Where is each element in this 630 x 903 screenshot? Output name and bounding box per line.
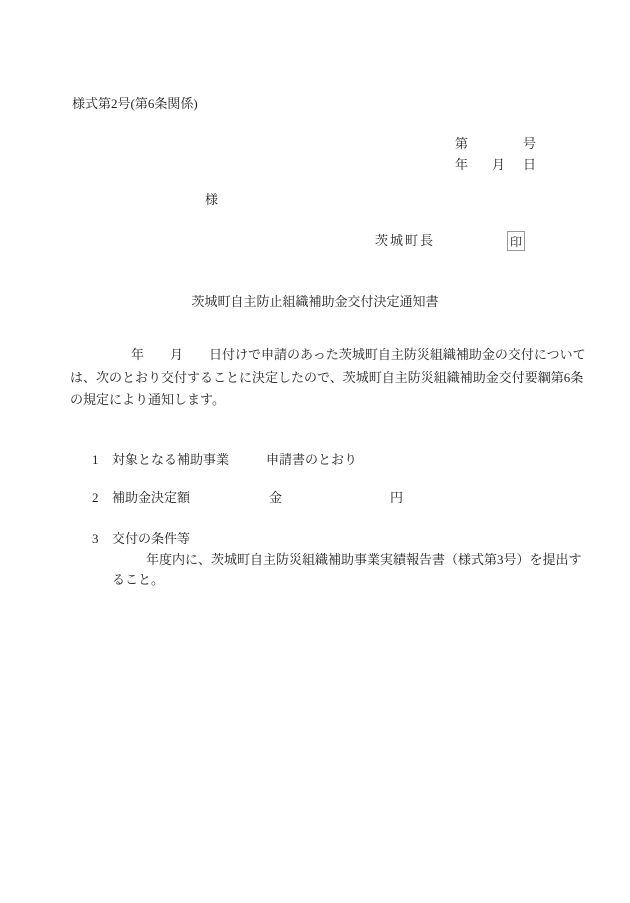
item-3-label: 交付の条件等 (112, 531, 190, 547)
item-2-amount-prefix: 金 (269, 490, 282, 506)
doc-number-suffix: 号 (523, 136, 536, 152)
seal-label: 印 (510, 233, 522, 250)
date-month-label: 月 (492, 157, 505, 173)
body-line-1: 年 月 日付けで申請のあった茨城町自主防災組織補助金の交付について (131, 347, 586, 363)
addressee-honorific: 様 (205, 192, 218, 208)
document-page: 様式第2号(第6条関係) 第 号 年 月 日 様 茨城町長 印 茨城町自主防止組… (0, 0, 630, 903)
item-2-amount-unit: 円 (390, 490, 403, 506)
item-1-value: 申請書のとおり (266, 452, 357, 468)
date-year-label: 年 (455, 157, 468, 173)
date-day-label: 日 (523, 157, 536, 173)
item-1-number: 1 (92, 452, 99, 468)
item-3-number: 3 (92, 531, 99, 547)
item-2-label: 補助金決定額 (112, 490, 190, 506)
body-line-2: は、次のとおり交付することに決定したので、茨城町自主防災組織補助金交付要綱第6条 (70, 370, 583, 386)
item-2-number: 2 (92, 490, 99, 506)
item-3-detail-line-1: 年度内に、茨城町自主防災組織補助事業実績報告書（様式第3号）を提出す (146, 552, 582, 568)
body-line-3: の規定により通知します。 (70, 392, 225, 408)
item-3-detail-line-2: ること。 (112, 572, 164, 588)
seal-placeholder-box: 印 (507, 231, 525, 251)
document-title: 茨城町自主防止組織補助金交付決定通知書 (0, 291, 630, 310)
sender-title: 茨城町長 (375, 233, 435, 249)
item-1-label: 対象となる補助事業 (112, 452, 229, 468)
form-number: 様式第2号(第6条関係) (72, 96, 198, 112)
doc-number-prefix: 第 (455, 136, 468, 152)
